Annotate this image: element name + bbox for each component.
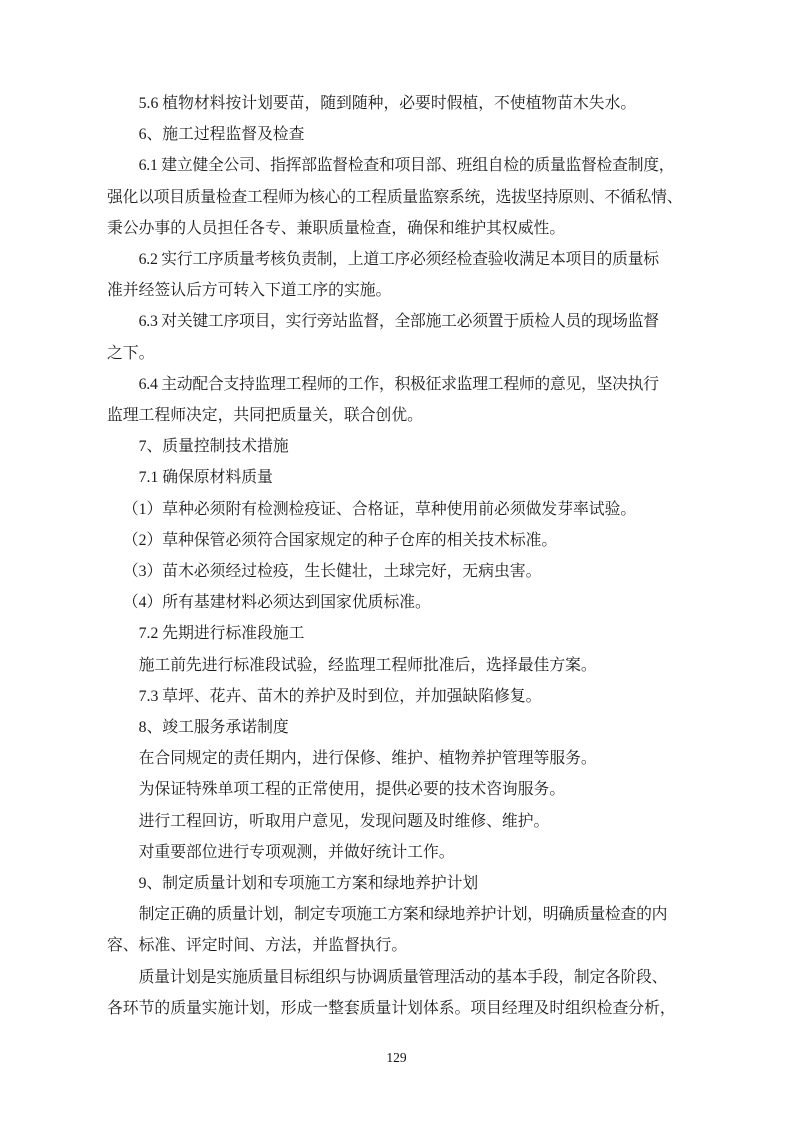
subsection-heading: 7.1 确保原材料质量 bbox=[107, 462, 703, 493]
text-line: 6.2 实行工序质量考核负责制，上道工序必须经检查验收满足本项目的质量标 bbox=[107, 244, 703, 275]
text-line: 6.1 建立健全公司、指挥部监督检查和项目部、班组自检的质量监督检查制度， bbox=[107, 150, 703, 181]
list-item: （1）草种必须附有检测检疫证、合格证，草种使用前必须做发芽率试验。 bbox=[107, 494, 703, 525]
text-line: 容、标准、评定时间、方法，并监督执行。 bbox=[107, 930, 703, 961]
section-heading: 6、施工过程监督及检查 bbox=[107, 119, 703, 150]
text-line: 之下。 bbox=[107, 338, 703, 369]
text-line: 6.4 主动配合支持监理工程师的工作，积极征求监理工程师的意见，坚决执行 bbox=[107, 369, 703, 400]
text-line: 质量计划是实施质量目标组织与协调质量管理活动的基本手段，制定各阶段、 bbox=[107, 962, 703, 993]
text-line: 为保证特殊单项工程的正常使用，提供必要的技术咨询服务。 bbox=[107, 774, 703, 805]
section-heading: 8、竣工服务承诺制度 bbox=[107, 712, 703, 743]
section-heading: 7、质量控制技术措施 bbox=[107, 431, 703, 462]
text-line: 准并经签认后方可转入下道工序的实施。 bbox=[107, 275, 703, 306]
text-line: 5.6 植物材料按计划要苗，随到随种，必要时假植，不使植物苗木失水。 bbox=[107, 88, 703, 119]
document-body: 5.6 植物材料按计划要苗，随到随种，必要时假植，不使植物苗木失水。 6、施工过… bbox=[107, 88, 703, 1024]
text-line: 监理工程师决定，共同把质量关，联合创优。 bbox=[107, 400, 703, 431]
text-line: 7.3 草坪、花卉、苗木的养护及时到位，并加强缺陷修复。 bbox=[107, 681, 703, 712]
list-item: （2）草种保管必须符合国家规定的种子仓库的相关技术标准。 bbox=[107, 525, 703, 556]
text-line: 强化以项目质量检查工程师为核心的工程质量监察系统，选拔坚持原则、不循私情、 bbox=[107, 182, 703, 213]
list-item: （3）苗木必须经过检疫，生长健壮，土球完好，无病虫害。 bbox=[107, 556, 703, 587]
text-line: 6.3 对关键工序项目，实行旁站监督，全部施工必须置于质检人员的现场监督 bbox=[107, 306, 703, 337]
document-page: 5.6 植物材料按计划要苗，随到随种，必要时假植，不使植物苗木失水。 6、施工过… bbox=[0, 0, 793, 1122]
text-line: 制定正确的质量计划，制定专项施工方案和绿地养护计划，明确质量检查的内 bbox=[107, 899, 703, 930]
section-heading: 9、制定质量计划和专项施工方案和绿地养护计划 bbox=[107, 868, 703, 899]
list-item: （4）所有基建材料必须达到国家优质标准。 bbox=[107, 587, 703, 618]
text-line: 秉公办事的人员担任各专、兼职质量检查，确保和维护其权威性。 bbox=[107, 213, 703, 244]
text-line: 各环节的质量实施计划，形成一整套质量计划体系。项目经理及时组织检查分析， bbox=[107, 993, 703, 1024]
subsection-heading: 7.2 先期进行标准段施工 bbox=[107, 618, 703, 649]
text-line: 对重要部位进行专项观测，并做好统计工作。 bbox=[107, 837, 703, 868]
text-line: 进行工程回访，听取用户意见，发现问题及时维修、维护。 bbox=[107, 806, 703, 837]
text-line: 施工前先进行标准段试验，经监理工程师批准后，选择最佳方案。 bbox=[107, 650, 703, 681]
text-line: 在合同规定的责任期内，进行保修、维护、植物养护管理等服务。 bbox=[107, 743, 703, 774]
page-number: 129 bbox=[0, 1048, 793, 1068]
